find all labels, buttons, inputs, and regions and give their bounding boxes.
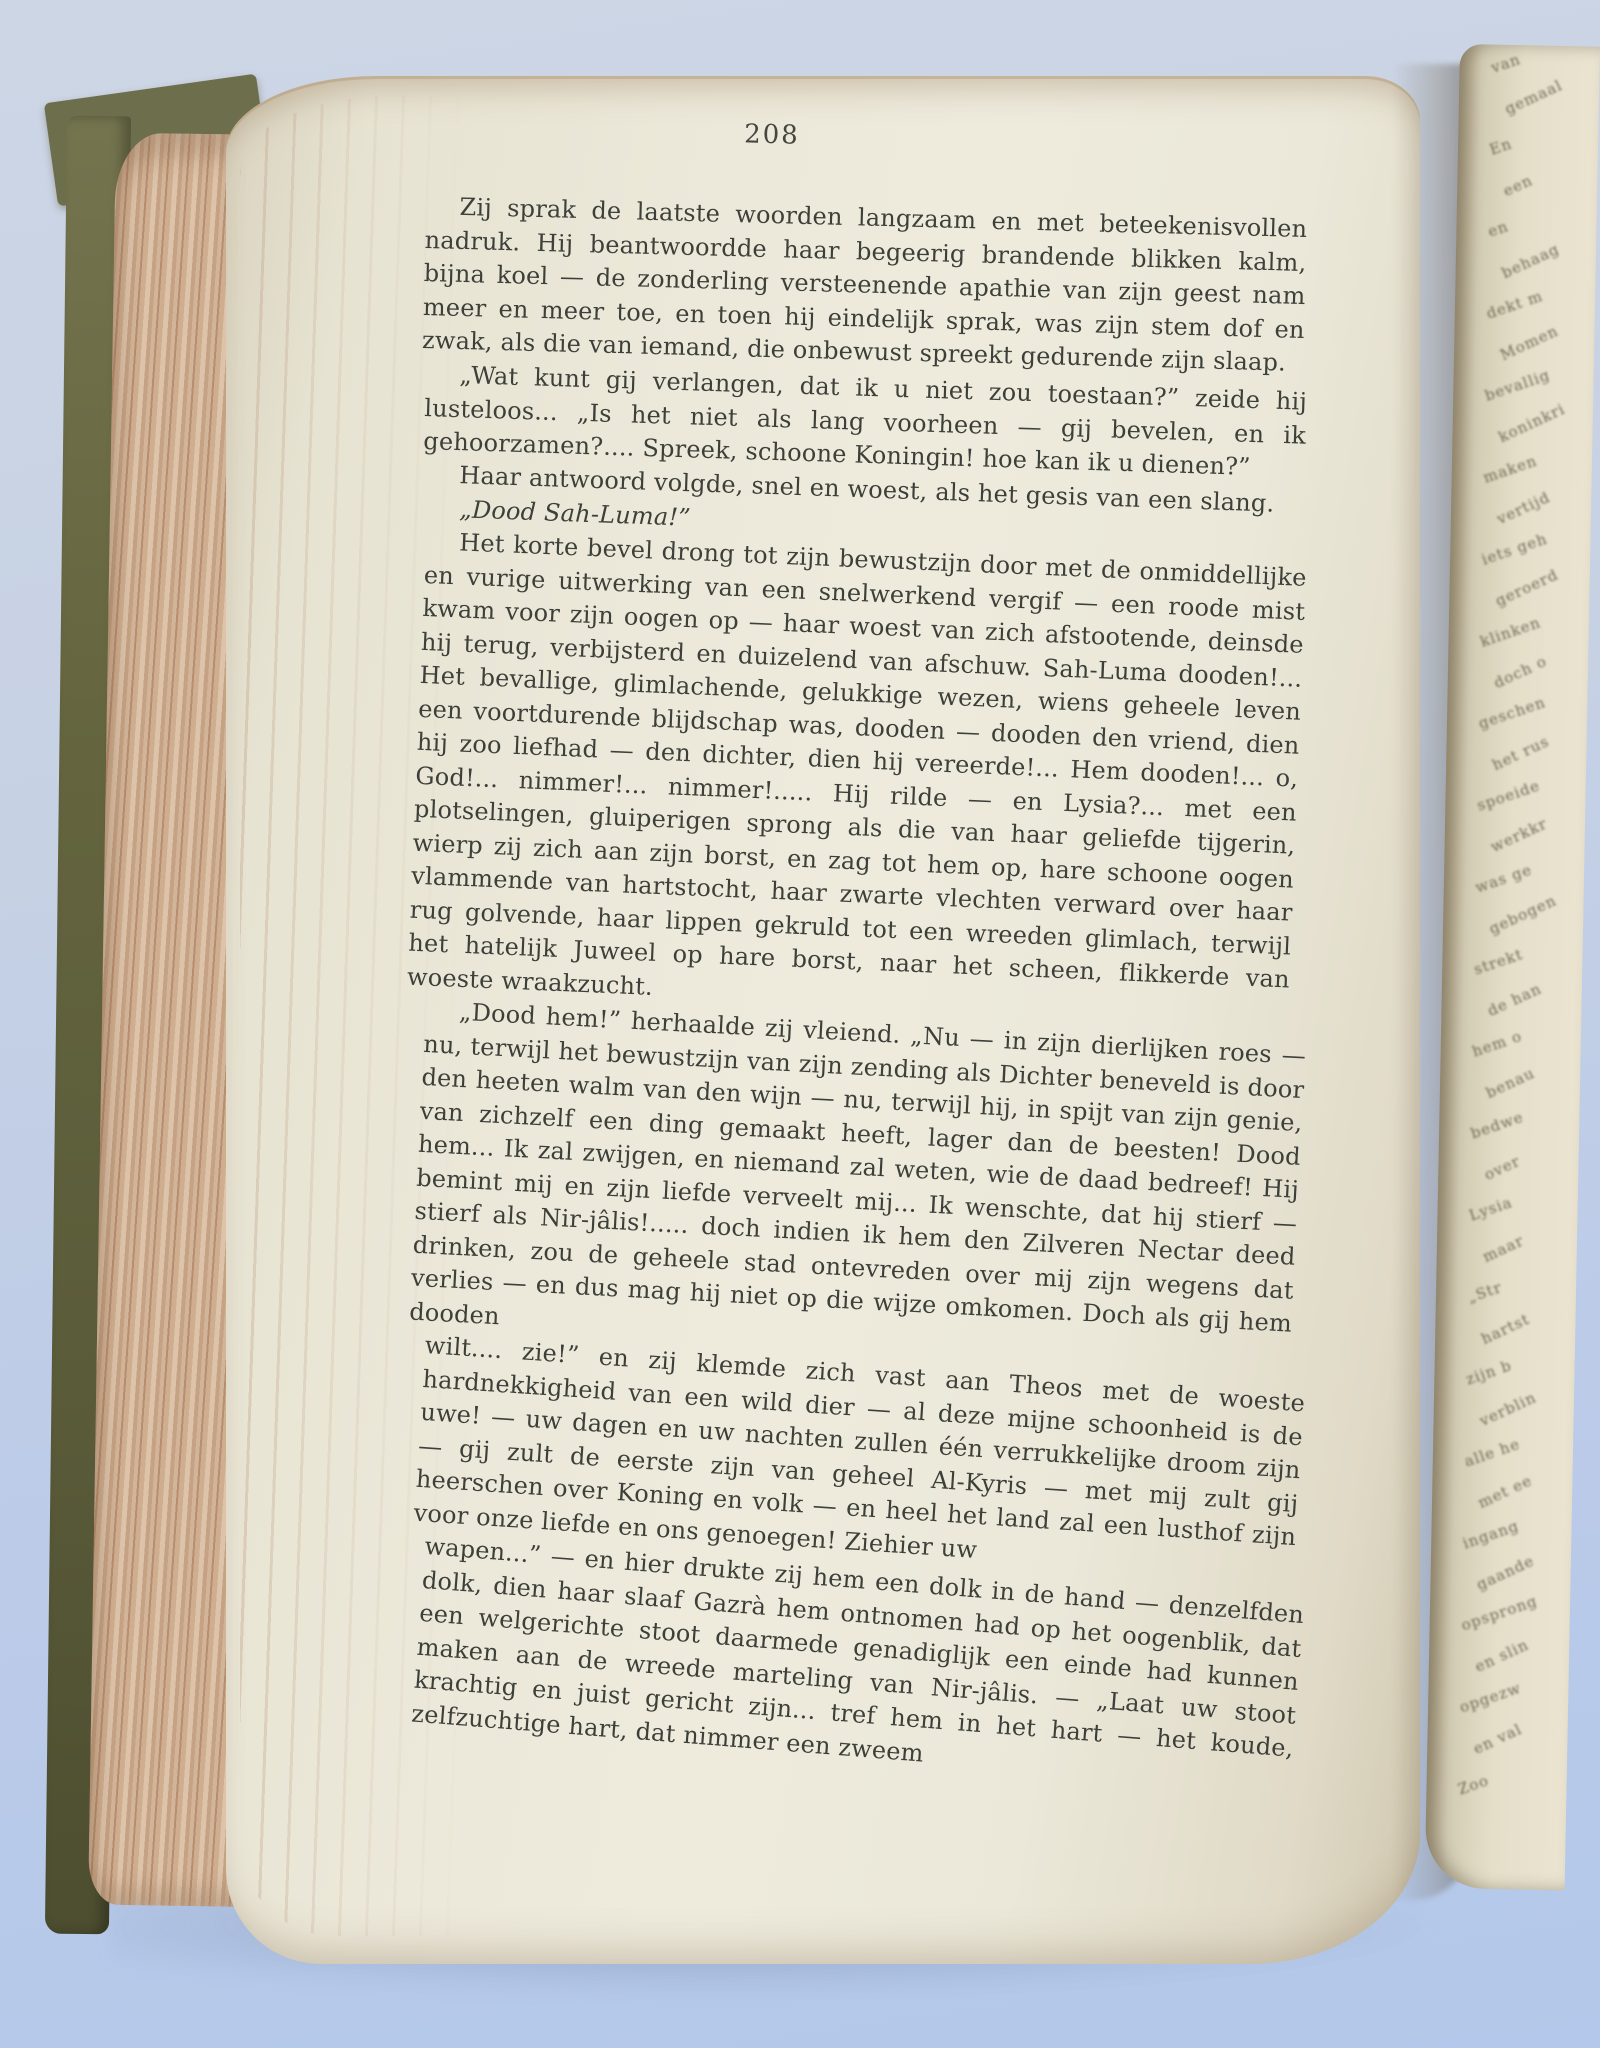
page-number: 208 [712,119,833,152]
paragraph: „Dood hem!” herhaalde zij vleiend. „Nu —… [408,994,1306,1375]
paragraph: Zij sprak de laatste woorden langzaam en… [422,190,1308,381]
page-text-block: Zij sprak de laatste woorden langzaam en… [426,190,1308,1731]
paragraph: Het korte bevel drong tot zijn bewustzij… [406,525,1307,1031]
